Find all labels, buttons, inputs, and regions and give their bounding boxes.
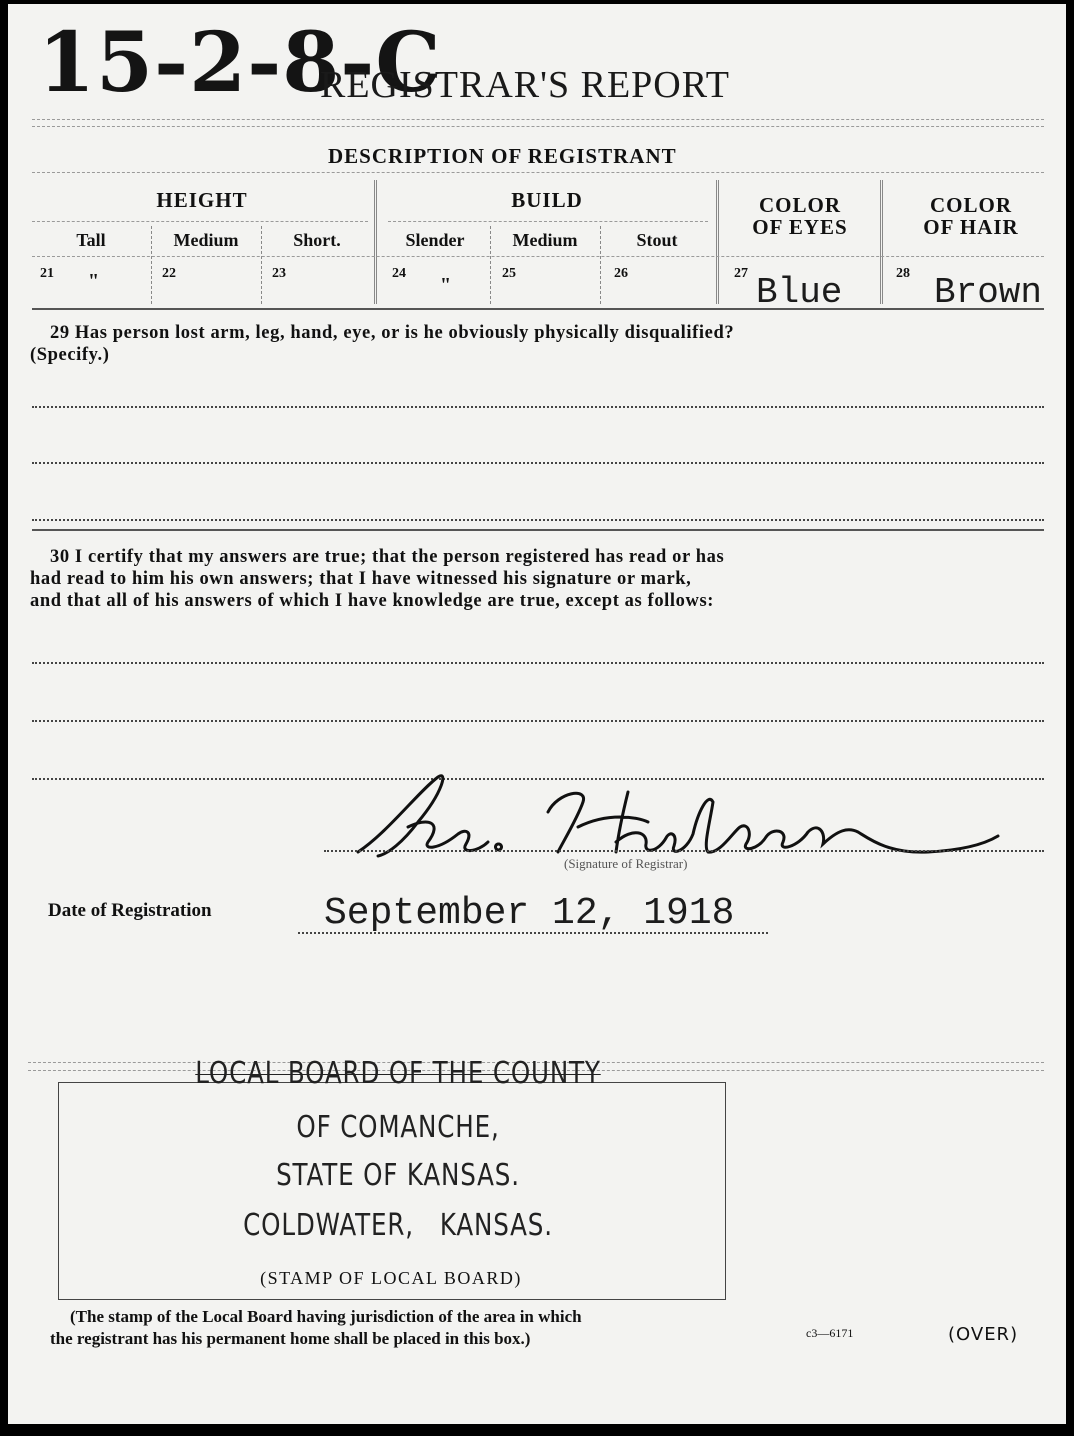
question-30: 30 I certify that my answers are true; t… [30,546,1050,612]
registrar-signature[interactable] [348,772,1008,862]
height-header: HEIGHT [32,188,372,213]
eyes-header: COLOR OF EYES [722,194,878,238]
form-code: c3—6171 [806,1326,853,1341]
hair-header-line2: OF HAIR [886,216,1056,238]
build-header: BUILD [380,188,714,213]
answer-29-line-3[interactable] [32,519,1044,521]
question-29-specify: (Specify.) [30,344,1050,366]
divider [32,256,1044,257]
height-tall-label: Tall [32,230,150,251]
stamp-line-4: COLDWATER, KANSAS. [111,1208,685,1243]
height-medium-label: Medium [152,230,260,251]
question-30-line2: had read to him his own answers; that I … [30,568,1050,590]
eyes-header-line1: COLOR [722,194,878,216]
divider [32,221,368,222]
question-29: 29 Has person lost arm, leg, hand, eye, … [30,322,1050,366]
answer-29-line-1[interactable] [32,406,1044,408]
field-number: 26 [614,266,628,282]
field-number: 27 [734,266,748,282]
divider [32,126,1044,127]
report-title: REGISTRAR'S REPORT [320,66,730,104]
question-29-text: 29 Has person lost arm, leg, hand, eye, … [30,322,1050,344]
question-30-line3: and that all of his answers of which I h… [30,590,1050,612]
stamp-line-1: LOCAL BOARD OF THE COUNTY [111,1056,685,1091]
section-title: DESCRIPTION OF REGISTRANT [328,144,677,169]
divider [32,172,1044,173]
stamp-note-line2: the registrant has his permanent home sh… [50,1328,582,1350]
stamp-caption: (STAMP OF LOCAL BOARD) [58,1268,724,1289]
over-indicator: (OVER) [948,1324,1018,1345]
registration-date-value[interactable]: September 12, 1918 [324,892,734,935]
question-30-line1: 30 I certify that my answers are true; t… [30,546,1050,568]
signature-scribble-icon [348,772,1008,862]
registration-date-label: Date of Registration [48,900,212,922]
build-stout-label: Stout [601,230,713,251]
build-slender-checkmark[interactable]: " [440,274,451,297]
divider [374,180,377,304]
field-number: 22 [162,266,176,282]
eyes-header-line2: OF EYES [722,216,878,238]
height-tall-checkmark[interactable]: " [88,270,99,293]
stamp-note-line1: (The stamp of the Local Board having jur… [50,1306,582,1328]
divider [716,180,719,304]
hair-header: COLOR OF HAIR [886,194,1056,238]
registration-card: 15-2-8-C REGISTRAR'S REPORT DESCRIPTION … [8,4,1066,1424]
answer-29-line-2[interactable] [32,462,1044,464]
build-medium-label: Medium [491,230,599,251]
eye-color-value[interactable]: Blue [756,272,842,313]
hair-color-value[interactable]: Brown [934,272,1042,313]
field-number: 28 [896,266,910,282]
stamp-note: (The stamp of the Local Board having jur… [50,1306,582,1350]
stamp-line-3: STATE OF KANSAS. [111,1158,685,1193]
answer-30-line-2[interactable] [32,720,1044,722]
stamp-line-2: OF COMANCHE, [111,1110,685,1145]
hair-header-line1: COLOR [886,194,1056,216]
height-short-label: Short. [262,230,372,251]
divider [880,180,883,304]
signature-caption: (Signature of Registrar) [564,856,687,872]
field-number: 24 [392,266,406,282]
divider [32,119,1044,120]
field-number: 25 [502,266,516,282]
build-slender-label: Slender [380,230,490,251]
divider [32,529,1044,531]
signature-line [324,850,1044,852]
field-number: 21 [40,266,54,282]
field-number: 23 [272,266,286,282]
divider [32,308,1044,310]
answer-30-line-1[interactable] [32,662,1044,664]
divider [388,221,708,222]
